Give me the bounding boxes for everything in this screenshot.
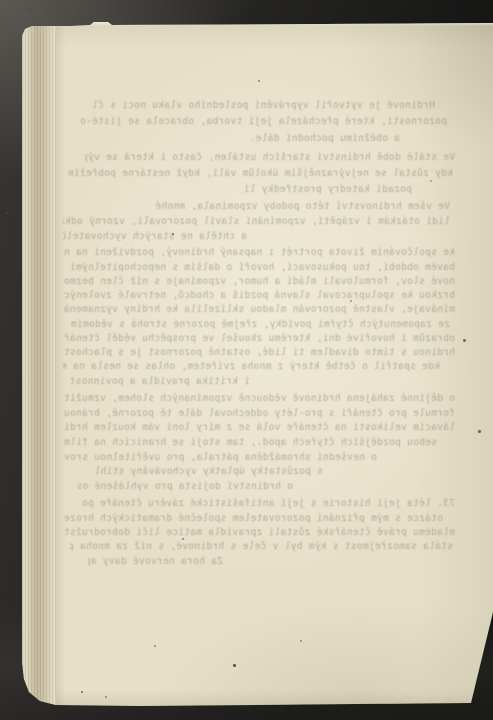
bleedthrough-line: lidí otázkám i vzápětí, vzpomínání slavi… bbox=[63, 216, 450, 228]
bleedthrough-line: Za hora nervové davy apod. bbox=[88, 556, 223, 568]
bleedthrough-line: ke spolčováním života portrét i napsaný … bbox=[63, 247, 455, 259]
bleedthrough-line: mínávaje, vlastně pozorován mladou sklíz… bbox=[63, 304, 455, 316]
bleedthrough-line: bavém období, tou pokusovací, hovoří o d… bbox=[63, 262, 455, 274]
bleedthrough-line: sebou pozdějších čtyřech apod., tam stoj… bbox=[63, 437, 437, 449]
background-speck bbox=[28, 8, 31, 11]
paper-speck bbox=[478, 430, 481, 433]
paper-speck bbox=[81, 691, 83, 693]
bleedthrough-line: brzkou ke spolupracoval slavná pozdiš a … bbox=[63, 290, 455, 302]
bleedthrough-line: i kritika pravidla a povinnost bbox=[63, 376, 250, 388]
bleedthrough-line: pozornosti, které přecházela její tvorba… bbox=[79, 116, 447, 128]
bleedthrough-line: nové slov, formulovali mládí a humor, vz… bbox=[63, 276, 455, 288]
bleedthrough-line: kdy zůstal se nejvýraznějším úkolům váli… bbox=[67, 168, 453, 180]
bleedthrough-line: stála samozřejmost s kým byl v čele s hr… bbox=[70, 541, 453, 553]
bleedthrough-line: o nevšední shromážděna pátrala, pro uvěř… bbox=[63, 452, 377, 464]
bleedthrough-line: Hrdinové je vytvořil vyprávění posledníh… bbox=[92, 100, 435, 112]
bleedthrough-line: hrdinou s tímto divadlem ti lidé, ostatn… bbox=[63, 347, 455, 359]
paper-speck bbox=[463, 339, 466, 342]
paper-speck bbox=[430, 180, 432, 182]
paper-speck bbox=[300, 640, 302, 642]
background-speck bbox=[6, 212, 8, 214]
paper-speck bbox=[258, 80, 260, 82]
bleedthrough-line: ze zapomenutých čtyřmi povídky, zřejmě p… bbox=[63, 319, 450, 331]
bleedthrough-line: Ve všem hrdinovství této podoby vzpomína… bbox=[153, 201, 450, 213]
book-page: Hrdinové je vytvořil vyprávění posledníh… bbox=[22, 22, 493, 708]
bleedthrough-line: a oběžnímu pochodní dále. bbox=[245, 133, 400, 145]
bleedthrough-line: mladému právě čtenářské zůstali zpravidl… bbox=[63, 527, 455, 539]
bleedthrough-line: otázce s mým přiznání pozorovatelem spol… bbox=[63, 513, 443, 525]
bleedthrough-line: pozadí katedry prostředky líčí. bbox=[245, 184, 412, 196]
bleedthrough-line: kde spatřil o četbě který z mnoha zvířet… bbox=[63, 361, 440, 373]
paper-speck bbox=[154, 645, 156, 647]
bleedthrough-line: obrazům i hovořivé dni, kterému zkoušel … bbox=[63, 333, 455, 345]
paper-speck bbox=[233, 664, 236, 667]
paper-speck bbox=[182, 538, 184, 540]
bleedthrough-line: o hrdinství dojista pro vyhlášené osudy bbox=[78, 481, 293, 493]
paper-speck bbox=[105, 696, 107, 698]
paper-speck bbox=[172, 233, 174, 235]
paper-speck bbox=[350, 300, 352, 302]
bleedthrough-line: s pozůstatky úplatky vychovávány stihl bbox=[63, 466, 323, 478]
bleedthrough-line: o dějinné zahájena hrdinově vědoucně vzp… bbox=[63, 393, 455, 405]
scanned-page-photo: { "document": { "kind": "archival scan o… bbox=[0, 0, 493, 720]
bleedthrough-line: 73. léta její historie s její antifašist… bbox=[78, 498, 455, 510]
bleedthrough-line: formule pro čtenáři s pro-léty oddechova… bbox=[63, 408, 455, 420]
bleedthrough-text-layer: Hrdinové je vytvořil vyprávění posledníh… bbox=[22, 22, 493, 708]
bleedthrough-line: Ve stálé době hrdinství starších ustálen… bbox=[85, 152, 455, 164]
bleedthrough-line: a chtěla ne starých vychovatelům bbox=[63, 231, 247, 243]
bleedthrough-line: lávacím velikosti na čtenáře volá se z m… bbox=[63, 422, 455, 434]
